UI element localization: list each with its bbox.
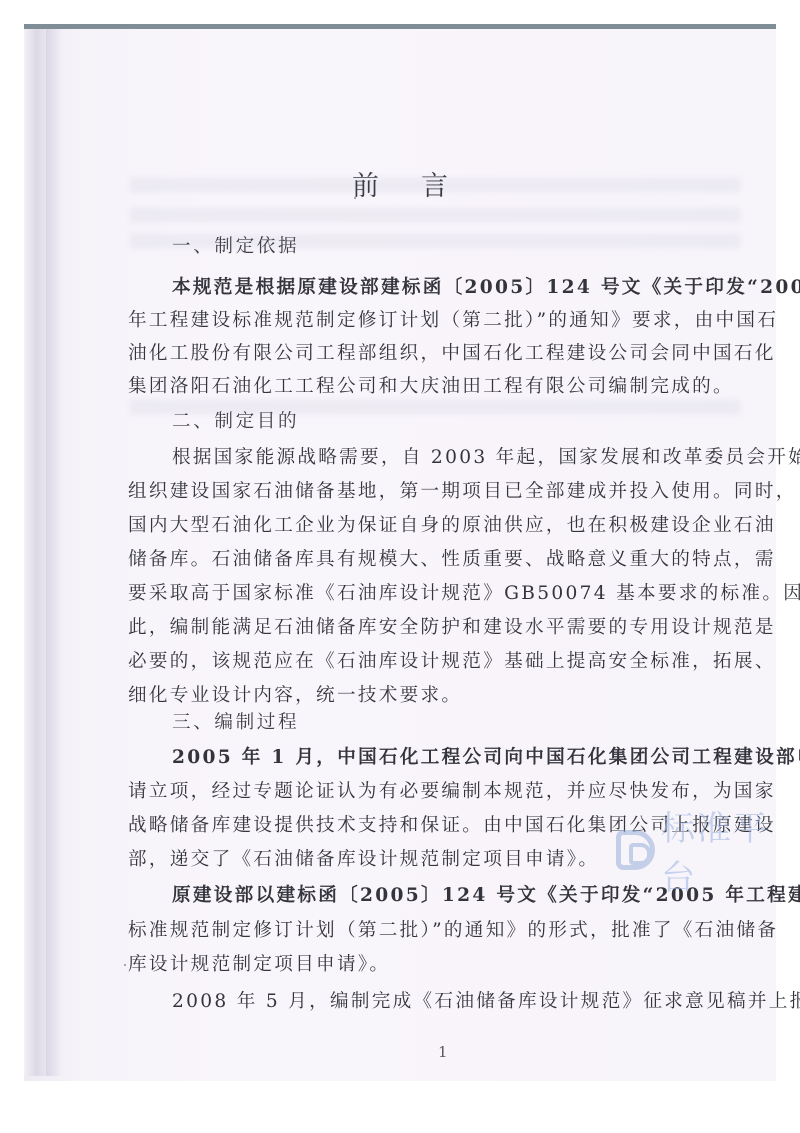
paragraph-line: 根据国家能源战略需要，自 2003 年起，国家发展和改革委员会开始: [172, 446, 732, 470]
section-heading: 二、制定目的: [172, 410, 732, 434]
paragraph-line: 战略储备库建设提供技术支持和保证。由中国石化集团公司上报原建设: [128, 814, 688, 838]
paragraph-line: 此，编制能满足石油储备库安全防护和建设水平需要的专用设计规范是: [128, 616, 688, 640]
page-title: 前言: [0, 164, 800, 203]
watermark-logo-icon: [616, 830, 655, 870]
paragraph-line: 本规范是根据原建设部建标函〔2005〕124 号文《关于印发“2005: [172, 276, 732, 300]
section-heading: 一、制定依据: [172, 235, 732, 259]
paragraph-line: 2005 年 1 月，中国石化工程公司向中国石化集团公司工程建设部申: [172, 746, 732, 770]
page-number: 1: [438, 1043, 448, 1061]
paragraph-line: 细化专业设计内容，统一技术要求。: [128, 684, 688, 708]
paragraph-line: 年工程建设标准规范制定修订计划（第二批）”的通知》要求，由中国石: [128, 309, 688, 333]
paragraph-line: 部，递交了《石油储备库设计规范制定项目申请》。: [128, 848, 688, 872]
scan-speck: [354, 197, 356, 199]
paragraph-line: 油化工股份有限公司工程部组织，中国石化工程建设公司会同中国石化: [128, 342, 688, 366]
paragraph-line: 储备库。石油储备库具有规模大、性质重要、战略意义重大的特点，需: [128, 548, 688, 572]
paragraph-line: 标准规范制定修订计划（第二批）”的通知》的形式，批准了《石油储备: [128, 919, 688, 943]
section-heading: 三、编制过程: [172, 711, 732, 735]
watermark: 标准平台: [616, 826, 800, 874]
paragraph-line: 库设计规范制定项目申请》。: [128, 953, 688, 977]
paragraph-line: 原建设部以建标函〔2005〕124 号文《关于印发“2005 年工程建设: [172, 884, 732, 908]
paragraph-line: 请立项，经过专题论证认为有必要编制本规范，并应尽快发布，为国家: [128, 780, 688, 804]
scan-speck: [124, 964, 126, 966]
watermark-text: 标准平台: [661, 801, 800, 899]
show-through-text: [130, 208, 740, 222]
paragraph-line: 国内大型石油化工企业为保证自身的原油供应，也在积极建设企业石油: [128, 514, 688, 538]
paragraph-line: 必要的，该规范应在《石油库设计规范》基础上提高安全标准，拓展、: [128, 650, 688, 674]
paragraph-line: 组织建设国家石油储备基地，第一期项目已全部建成并投入使用。同时，: [128, 480, 688, 504]
paragraph-line: 2008 年 5 月，编制完成《石油储备库设计规范》征求意见稿并上报: [172, 990, 732, 1014]
paragraph-line: 要采取高于国家标准《石油库设计规范》GB50074 基本要求的标准。因: [128, 582, 688, 606]
paragraph-line: 集团洛阳石油化工工程公司和大庆油田工程有限公司编制完成的。: [128, 375, 688, 399]
